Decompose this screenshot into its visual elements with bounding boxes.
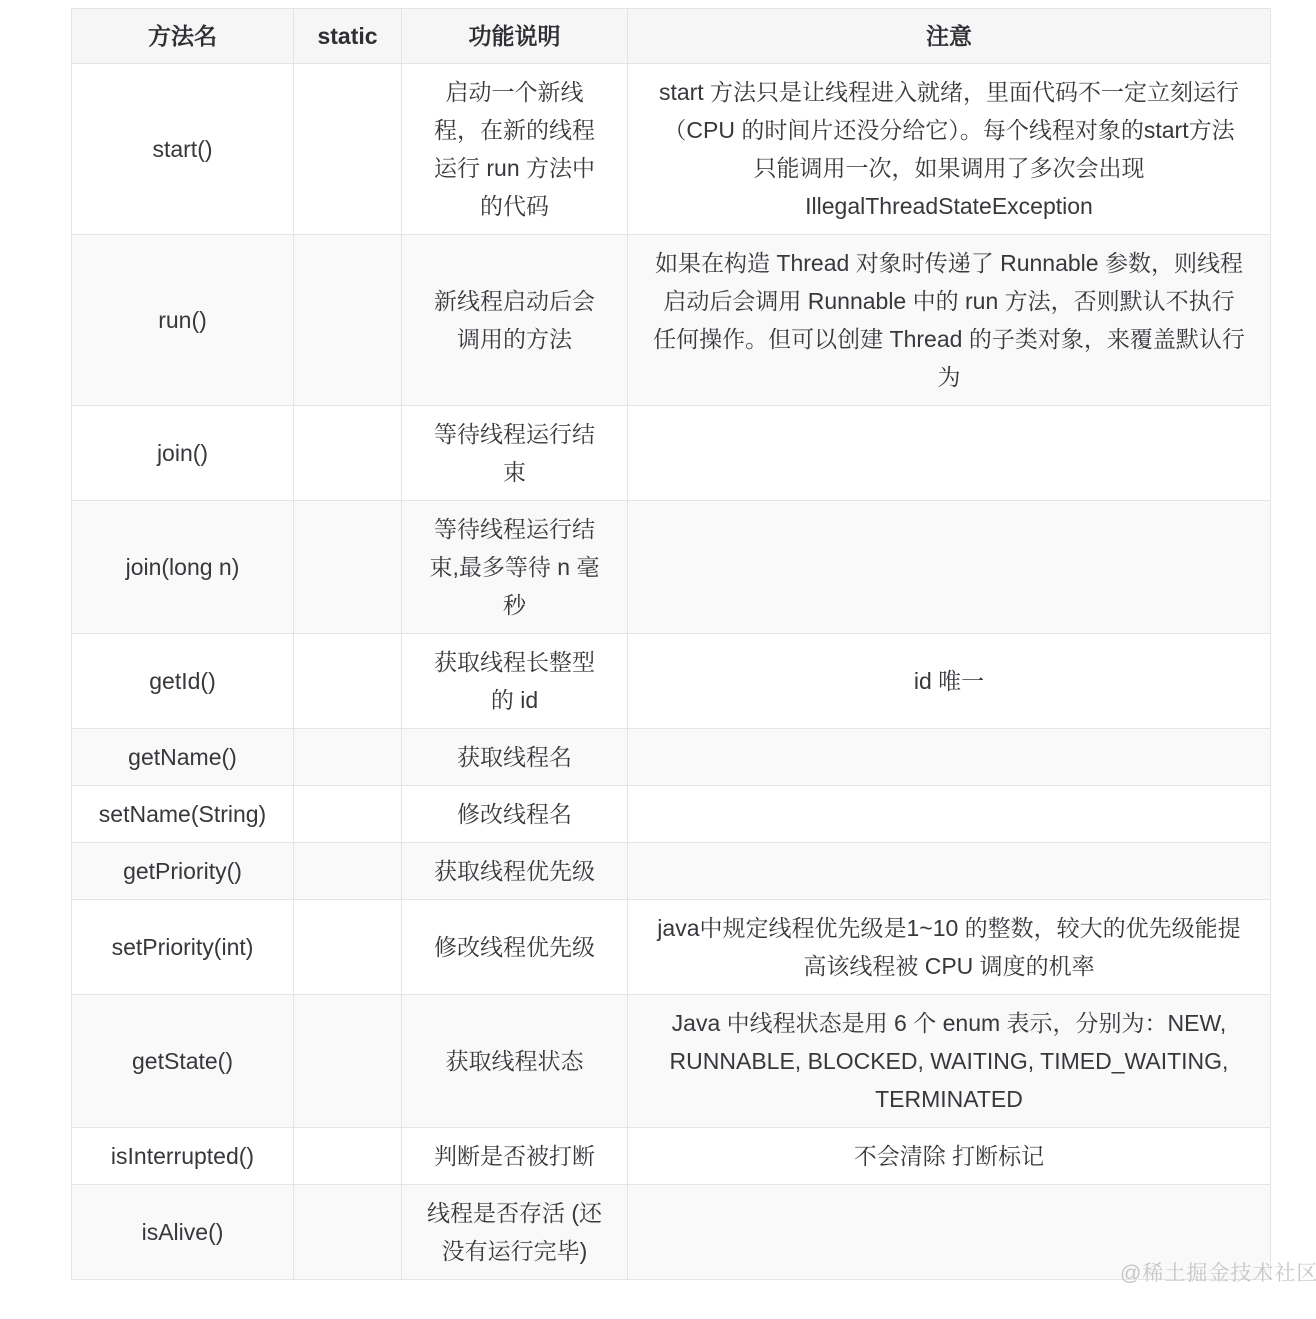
static-cell [294,786,402,843]
description-cell: 等待线程运行结束,最多等待 n 毫秒 [402,501,628,634]
static-cell [294,729,402,786]
method-name-cell: getState() [72,995,294,1128]
note-cell: id 唯一 [628,634,1271,729]
static-cell [294,1185,402,1280]
table-row-setname: setName(String) 修改线程名 [72,786,1271,843]
column-header-description: 功能说明 [402,9,628,64]
table-row-getid: getId() 获取线程长整型的 id id 唯一 [72,634,1271,729]
description-cell: 获取线程长整型的 id [402,634,628,729]
method-name-cell: isAlive() [72,1185,294,1280]
header-row: 方法名 static 功能说明 注意 [72,9,1271,64]
note-cell [628,786,1271,843]
static-cell [294,1128,402,1185]
description-cell: 获取线程名 [402,729,628,786]
table-row-getstate: getState() 获取线程状态 Java 中线程状态是用 6 个 enum … [72,995,1271,1128]
note-cell: Java 中线程状态是用 6 个 enum 表示，分别为：NEW, RUNNAB… [628,995,1271,1128]
table-row-setpriority: setPriority(int) 修改线程优先级 java中规定线程优先级是1~… [72,900,1271,995]
method-name-cell: getName() [72,729,294,786]
table-row-run: run() 新线程启动后会调用的方法 如果在构造 Thread 对象时传递了 R… [72,235,1271,406]
description-cell: 修改线程优先级 [402,900,628,995]
note-cell [628,406,1271,501]
note-cell: 不会清除 打断标记 [628,1128,1271,1185]
note-cell: java中规定线程优先级是1~10 的整数，较大的优先级能提高该线程被 CPU … [628,900,1271,995]
description-cell: 获取线程优先级 [402,843,628,900]
static-cell [294,843,402,900]
method-name-cell: join() [72,406,294,501]
description-cell: 新线程启动后会调用的方法 [402,235,628,406]
table-row-isalive: isAlive() 线程是否存活 (还没有运行完毕) [72,1185,1271,1280]
method-name-cell: setName(String) [72,786,294,843]
method-name-cell: start() [72,64,294,235]
table-row-isinterrupted: isInterrupted() 判断是否被打断 不会清除 打断标记 [72,1128,1271,1185]
thread-methods-table: 方法名 static 功能说明 注意 start() 启动一个新线程，在新的线程… [71,8,1271,1280]
description-cell: 启动一个新线程，在新的线程运行 run 方法中的代码 [402,64,628,235]
note-cell: 如果在构造 Thread 对象时传递了 Runnable 参数，则线程启动后会调… [628,235,1271,406]
note-cell [628,729,1271,786]
description-cell: 等待线程运行结束 [402,406,628,501]
static-cell [294,64,402,235]
table-row-getname: getName() 获取线程名 [72,729,1271,786]
note-cell [628,501,1271,634]
static-cell [294,900,402,995]
method-name-cell: run() [72,235,294,406]
static-cell [294,235,402,406]
page: 方法名 static 功能说明 注意 start() 启动一个新线程，在新的线程… [0,0,1316,1319]
description-cell: 线程是否存活 (还没有运行完毕) [402,1185,628,1280]
note-cell [628,1185,1271,1280]
note-cell: start 方法只是让线程进入就绪，里面代码不一定立刻运行（CPU 的时间片还没… [628,64,1271,235]
table-row-join: join() 等待线程运行结束 [72,406,1271,501]
note-cell [628,843,1271,900]
table-row-getpriority: getPriority() 获取线程优先级 [72,843,1271,900]
method-name-cell: setPriority(int) [72,900,294,995]
column-header-method-name: 方法名 [72,9,294,64]
method-name-cell: join(long n) [72,501,294,634]
method-name-cell: isInterrupted() [72,1128,294,1185]
table-row-start: start() 启动一个新线程，在新的线程运行 run 方法中的代码 start… [72,64,1271,235]
method-name-cell: getPriority() [72,843,294,900]
static-cell [294,634,402,729]
description-cell: 获取线程状态 [402,995,628,1128]
column-header-note: 注意 [628,9,1271,64]
static-cell [294,995,402,1128]
method-name-cell: getId() [72,634,294,729]
description-cell: 修改线程名 [402,786,628,843]
table-row-join-long: join(long n) 等待线程运行结束,最多等待 n 毫秒 [72,501,1271,634]
column-header-static: static [294,9,402,64]
static-cell [294,501,402,634]
static-cell [294,406,402,501]
description-cell: 判断是否被打断 [402,1128,628,1185]
